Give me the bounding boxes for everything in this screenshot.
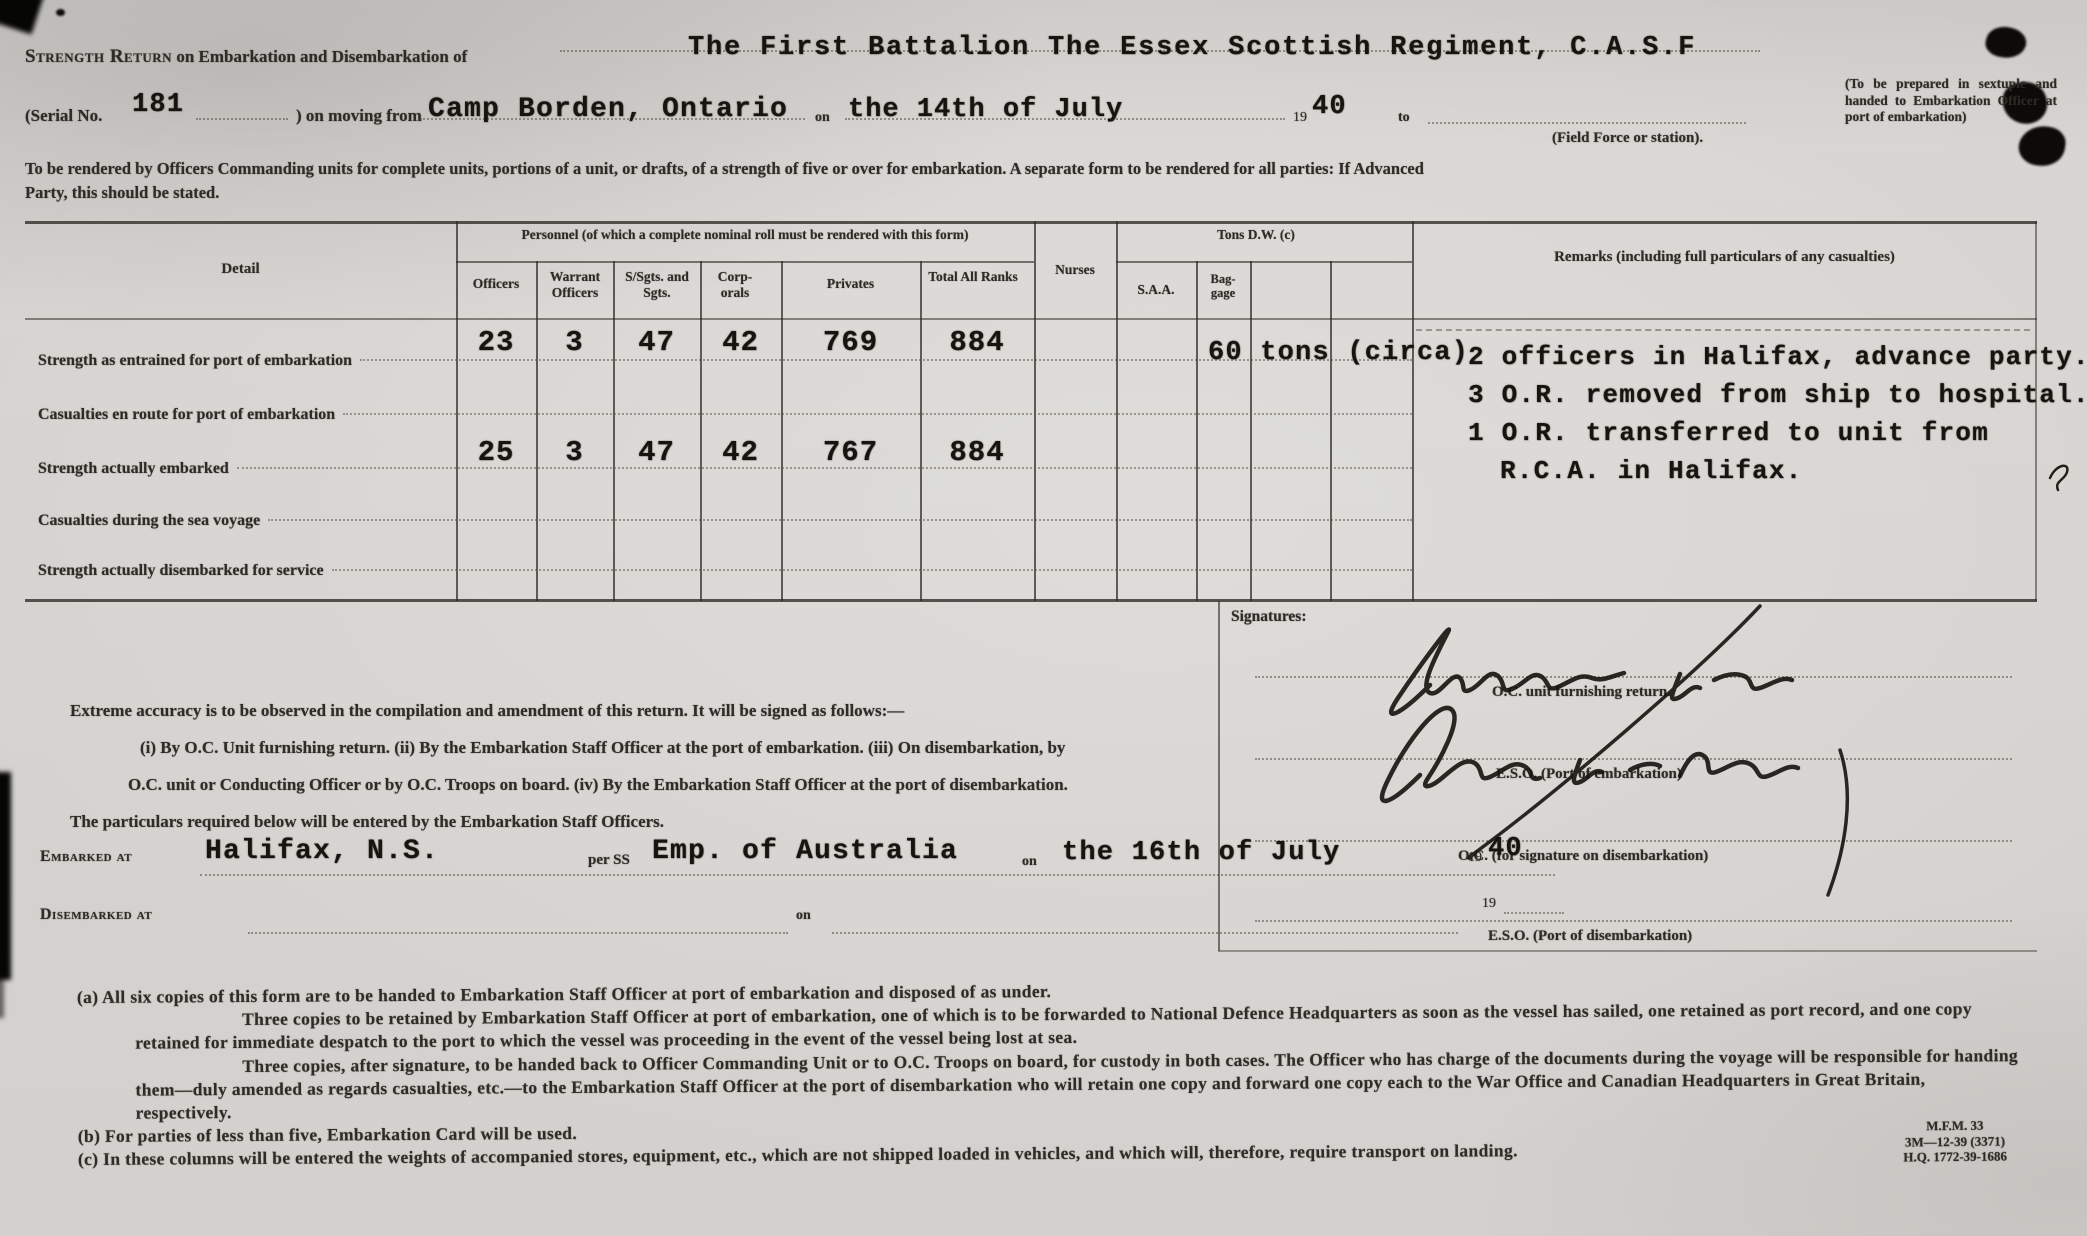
embark-year-prefix: 19 bbox=[1468, 850, 1482, 866]
accuracy-line4: The particulars required below will be e… bbox=[70, 803, 1068, 840]
cell-entrained-corporals: 42 bbox=[700, 326, 781, 359]
row-ruled-line bbox=[268, 519, 1412, 521]
render-note-line1: To be rendered by Officers Commanding un… bbox=[25, 157, 1424, 181]
tons-entry-typed: 60 tons (circa) bbox=[1208, 338, 1469, 368]
remarks-ruled-line bbox=[1416, 329, 2030, 331]
ship-name-typed: Emp. of Australia bbox=[652, 836, 958, 867]
ink-dot bbox=[56, 9, 65, 16]
signature-line bbox=[1255, 920, 2012, 922]
ink-blot bbox=[1983, 23, 2029, 63]
col-header-warrant: Warrant Officers bbox=[539, 269, 611, 300]
col-header-sgts: S/Sgts. and Sgts. bbox=[616, 269, 698, 300]
moving-to-ruled-line bbox=[1428, 122, 1746, 124]
form-title-rest: on Embarkation and Disembarkation of bbox=[176, 47, 467, 66]
row-label: Strength as entrained for port of embark… bbox=[38, 352, 360, 370]
disembark-year-prefix: 19 bbox=[1482, 896, 1496, 912]
scan-left-edge-strip bbox=[0, 772, 11, 980]
cell-embarked-sgts: 47 bbox=[613, 436, 700, 469]
oc-signature-script bbox=[1391, 629, 1624, 713]
cell-embarked-total: 884 bbox=[920, 436, 1034, 469]
col-header-privates: Privates bbox=[781, 276, 920, 292]
accuracy-line3: O.C. unit or Conducting Officer or by O.… bbox=[128, 766, 1068, 803]
moving-on-word: on bbox=[815, 110, 830, 126]
col-header-total: Total All Ranks bbox=[928, 269, 1018, 285]
col-header-officers: Officers bbox=[456, 276, 536, 292]
embark-year-typed: 40 bbox=[1488, 834, 1523, 864]
handwritten-signatures bbox=[1280, 590, 2040, 920]
moving-from-place-typed: Camp Borden, Ontario bbox=[428, 94, 788, 125]
stray-pen-mark bbox=[2038, 448, 2083, 493]
scan-left-edge-strip-2 bbox=[0, 958, 4, 1018]
eso-disembark-label: E.S.O. (Port of disembarkation) bbox=[1488, 928, 1692, 945]
col-header-saa: S.A.A. bbox=[1116, 282, 1196, 298]
header-bottom-rule bbox=[25, 318, 2037, 320]
render-note: To be rendered by Officers Commanding un… bbox=[25, 157, 1424, 205]
serial-label: (Serial No. bbox=[25, 106, 102, 126]
cell-embarked-warrant: 3 bbox=[536, 436, 613, 469]
row-label: Casualties during the sea voyage bbox=[38, 512, 268, 530]
col-rule-saa-baggage bbox=[1196, 261, 1198, 601]
col-rule-warrant-sgts bbox=[613, 261, 615, 601]
row-label: Strength actually embarked bbox=[38, 460, 237, 478]
col-rule-corp-priv bbox=[781, 261, 783, 601]
prepare-note: (To be prepared in sextuple and handed t… bbox=[1845, 76, 2057, 126]
table-top-rule bbox=[25, 221, 2037, 224]
remark-line: 3 O.R. removed from ship to hospital. bbox=[1468, 376, 2087, 414]
moving-to-word: to bbox=[1398, 110, 1410, 126]
render-note-line2: Party, this should be stated. bbox=[25, 181, 1424, 205]
personnel-underline bbox=[456, 261, 1034, 263]
cell-entrained-total: 884 bbox=[920, 326, 1034, 359]
cell-embarked-privates: 767 bbox=[781, 436, 920, 469]
serial-value-typed: 181 bbox=[132, 90, 184, 120]
col-rule-officers-warrant bbox=[536, 261, 538, 601]
signature-box-bottom-rule bbox=[1218, 950, 2037, 952]
row-ruled-line bbox=[332, 569, 1412, 571]
field-force-label: (Field Force or station). bbox=[1552, 130, 1703, 147]
col-rule-baggage-blank1 bbox=[1250, 261, 1252, 601]
moving-from-label: ) on moving from bbox=[296, 106, 422, 126]
cell-entrained-privates: 769 bbox=[781, 326, 920, 359]
accuracy-line2: (i) By O.C. Unit furnishing return. (ii)… bbox=[140, 729, 1068, 766]
scanned-form-page: Strength Return on Embarkation and Disem… bbox=[0, 0, 2087, 1236]
cell-embarked-corporals: 42 bbox=[700, 436, 781, 469]
col-rule-priv-total bbox=[920, 261, 922, 601]
eso-signature-script bbox=[1382, 708, 1540, 801]
table-row: Casualties en route for port of embarkat… bbox=[38, 406, 1412, 424]
scan-corner-smudge bbox=[0, 0, 46, 34]
serial-ruled-line bbox=[196, 118, 288, 120]
moving-date-typed: the 14th of July bbox=[848, 95, 1123, 125]
disembarked-year-ruled-line bbox=[1504, 912, 1564, 914]
table-row: Strength actually disembarked for servic… bbox=[38, 562, 1412, 580]
disembarked-ruled-line bbox=[248, 932, 788, 934]
col-header-baggage: Bag-gage bbox=[1199, 272, 1247, 300]
col-header-corporals: Corp-orals bbox=[706, 269, 764, 300]
col-rule-sgts-corp bbox=[700, 261, 702, 601]
remark-line: 1 O.R. transferred to unit from bbox=[1468, 414, 1989, 452]
footnotes: (a) All six copies of this form are to b… bbox=[77, 974, 2019, 1171]
accuracy-line1: Extreme accuracy is to be observed in th… bbox=[70, 692, 1068, 729]
col-rule-tons-remarks bbox=[1412, 221, 1414, 601]
cell-embarked-officers: 25 bbox=[456, 436, 536, 469]
signature-box-rule bbox=[1218, 601, 1220, 951]
disembarked-on-ruled-line bbox=[832, 932, 1458, 934]
cell-entrained-warrant: 3 bbox=[536, 326, 613, 359]
embark-date-typed: the 16th of July bbox=[1062, 838, 1340, 868]
unit-name-typed: The First Battalion The Essex Scottish R… bbox=[688, 33, 1696, 63]
disembarked-on-word: on bbox=[796, 908, 811, 924]
embarked-place-typed: Halifax, N.S. bbox=[205, 836, 439, 867]
tons-underline bbox=[1116, 261, 1412, 263]
form-reference-numbers: M.F.M. 33 3M—12-39 (3371) H.Q. 1772-39-1… bbox=[1855, 1117, 2055, 1166]
moving-year-prefix: 19 bbox=[1293, 110, 1307, 126]
ink-blot bbox=[2016, 123, 2068, 170]
personnel-group-header: Personnel (of which a complete nominal r… bbox=[470, 227, 1020, 243]
form-title: Strength Return on Embarkation and Disem… bbox=[25, 46, 467, 68]
disembarked-at-label: Disembarked at bbox=[40, 906, 152, 924]
per-ss-label: per SS bbox=[588, 852, 630, 869]
cell-entrained-officers: 23 bbox=[456, 326, 536, 359]
col-header-nurses: Nurses bbox=[1034, 262, 1116, 278]
row-label: Casualties en route for port of embarkat… bbox=[38, 406, 343, 424]
form-title-strength-return: Strength Return bbox=[25, 46, 172, 67]
form-ref-line3: H.Q. 1772-39-1686 bbox=[1855, 1148, 2055, 1166]
detail-header: Detail bbox=[25, 262, 456, 278]
embarked-at-label: Embarked at bbox=[40, 848, 132, 866]
remarks-header: Remarks (including full particulars of a… bbox=[1412, 250, 2037, 266]
remark-line: R.C.A. in Halifax. bbox=[1500, 452, 1802, 490]
embarked-ruled-line bbox=[200, 874, 1555, 876]
row-ruled-line bbox=[343, 413, 1412, 415]
moving-year-typed: 40 bbox=[1312, 92, 1347, 122]
table-row: Casualties during the sea voyage bbox=[38, 512, 1412, 530]
tons-group-header: Tons D.W. (c) bbox=[1216, 227, 1296, 243]
row-label: Strength actually disembarked for servic… bbox=[38, 562, 332, 580]
remark-line: 2 officers in Halifax, advance party. bbox=[1468, 338, 2087, 376]
embarked-on-word: on bbox=[1022, 854, 1037, 870]
col-rule-blank1-blank2 bbox=[1330, 261, 1332, 601]
cell-entrained-sgts: 47 bbox=[613, 326, 700, 359]
accuracy-note: Extreme accuracy is to be observed in th… bbox=[70, 692, 1068, 840]
